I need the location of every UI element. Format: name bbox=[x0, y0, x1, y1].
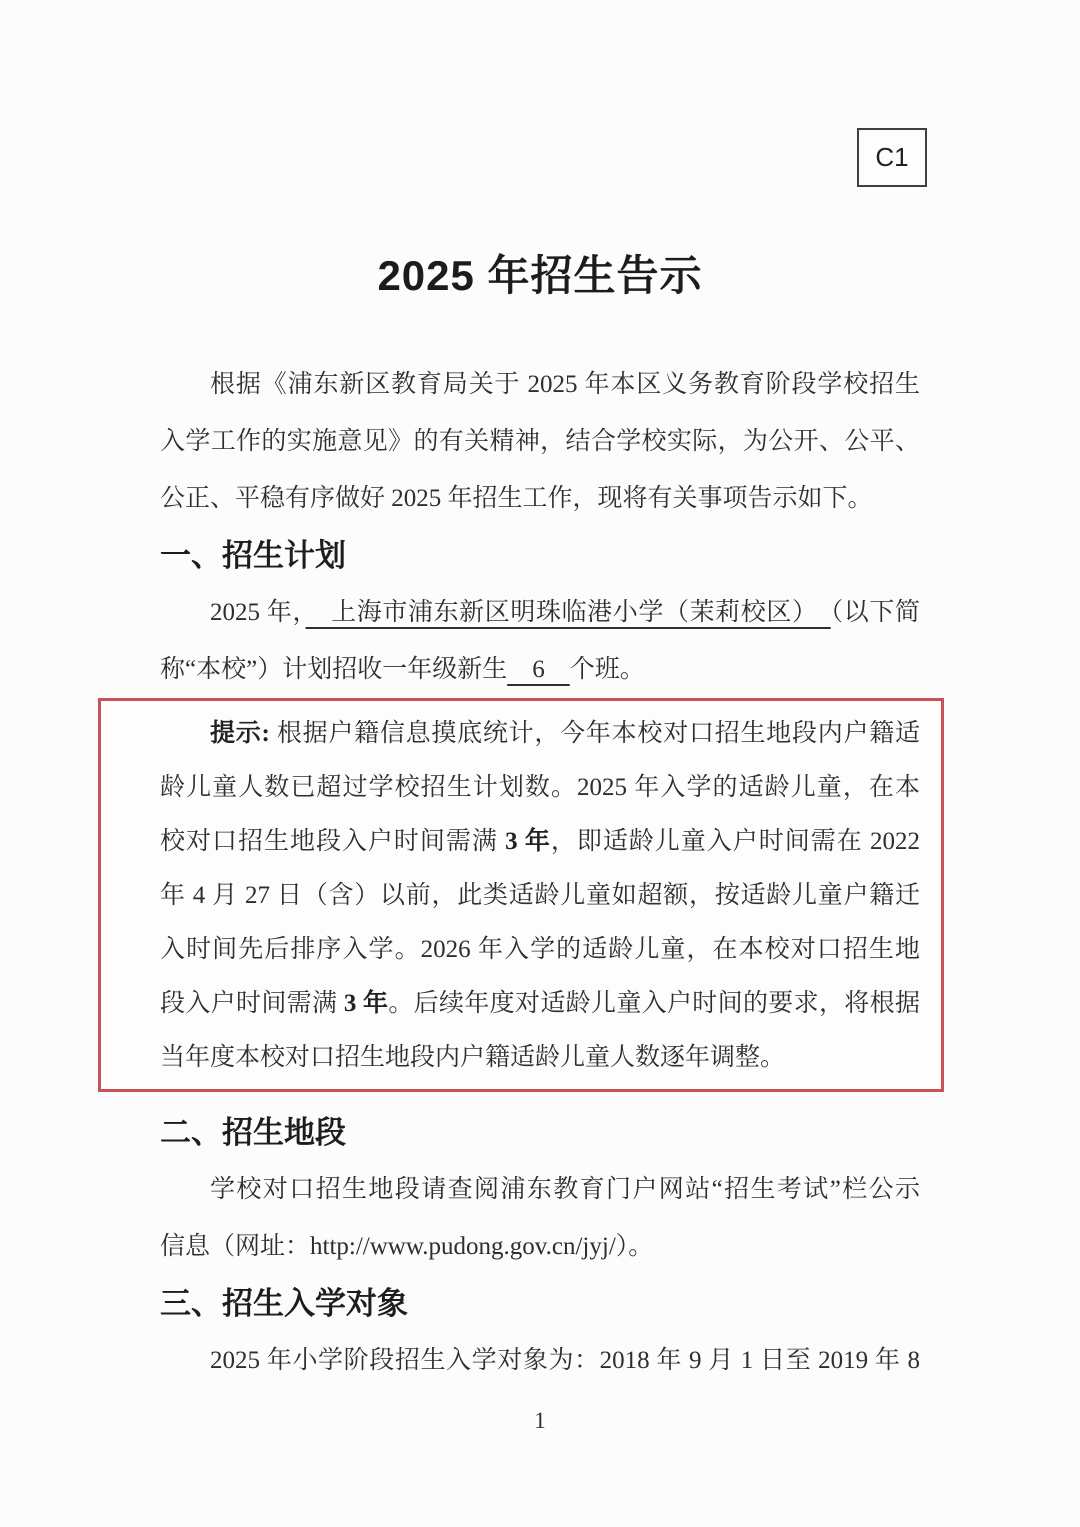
corner-tag-label: C1 bbox=[875, 142, 908, 173]
document-line: 提示: 根据户籍信息摸底统计，今年本校对口招生地段内户籍适 bbox=[160, 707, 920, 761]
corner-tag: C1 bbox=[857, 128, 927, 187]
section-heading-1: 一、招生计划 bbox=[160, 527, 920, 584]
document-line: 学校对口招生地段请查阅浦东教育门户网站“招生考试”栏公示 bbox=[160, 1161, 920, 1218]
page-number: 1 bbox=[0, 1408, 1080, 1434]
section-heading-3: 三、招生入学对象 bbox=[160, 1275, 920, 1332]
enrollment-plan-paragraph: 2025 年， 上海市浦东新区明珠临港小学（茉莉校区） （以下简称“本校”）计划… bbox=[160, 584, 920, 698]
document-line: 2025 年， 上海市浦东新区明珠临港小学（茉莉校区） （以下简 bbox=[160, 584, 920, 641]
document-line: 当年度本校对口招生地段内户籍适龄儿童人数逐年调整。 bbox=[160, 1031, 920, 1085]
page-title: 2025 年招生告示 bbox=[0, 244, 1080, 308]
notice-highlight-box: 提示: 根据户籍信息摸底统计，今年本校对口招生地段内户籍适龄儿童人数已超过学校招… bbox=[98, 698, 944, 1092]
document-line: 根据《浦东新区教育局关于 2025 年本区义务教育阶段学校招生 bbox=[160, 356, 920, 413]
document-line: 龄儿童人数已超过学校招生计划数。2025 年入学的适龄儿童，在本 bbox=[160, 761, 920, 815]
eligibility-paragraph: 2025 年小学阶段招生入学对象为：2018 年 9 月 1 日至 2019 年… bbox=[160, 1332, 920, 1389]
document-line: 年 4 月 27 日（含）以前，此类适龄儿童如超额，按适龄儿童户籍迁 bbox=[160, 869, 920, 923]
section-heading-2: 二、招生地段 bbox=[160, 1104, 920, 1161]
document-line: 入时间先后排序入学。2026 年入学的适龄儿童，在本校对口招生地 bbox=[160, 923, 920, 977]
document-content: 根据《浦东新区教育局关于 2025 年本区义务教育阶段学校招生入学工作的实施意见… bbox=[160, 356, 920, 1389]
document-line: 公正、平稳有序做好 2025 年招生工作，现将有关事项告示如下。 bbox=[160, 470, 920, 527]
document-line: 信息（网址：http://www.pudong.gov.cn/jyj/）。 bbox=[160, 1218, 920, 1275]
document-line: 入学工作的实施意见》的有关精神，结合学校实际，为公开、公平、 bbox=[160, 413, 920, 470]
document-line: 校对口招生地段入户时间需满 3 年，即适龄儿童入户时间需在 2022 bbox=[160, 815, 920, 869]
district-paragraph: 学校对口招生地段请查阅浦东教育门户网站“招生考试”栏公示信息（网址：http:/… bbox=[160, 1161, 920, 1275]
document-line: 2025 年小学阶段招生入学对象为：2018 年 9 月 1 日至 2019 年… bbox=[160, 1332, 920, 1389]
document-line: 称“本校”）计划招收一年级新生 6 个班。 bbox=[160, 641, 920, 698]
document-line: 段入户时间需满 3 年。后续年度对适龄儿童入户时间的要求，将根据 bbox=[160, 977, 920, 1031]
intro-paragraph: 根据《浦东新区教育局关于 2025 年本区义务教育阶段学校招生入学工作的实施意见… bbox=[160, 356, 920, 527]
document-page: C1 2025 年招生告示 根据《浦东新区教育局关于 2025 年本区义务教育阶… bbox=[0, 0, 1080, 1527]
